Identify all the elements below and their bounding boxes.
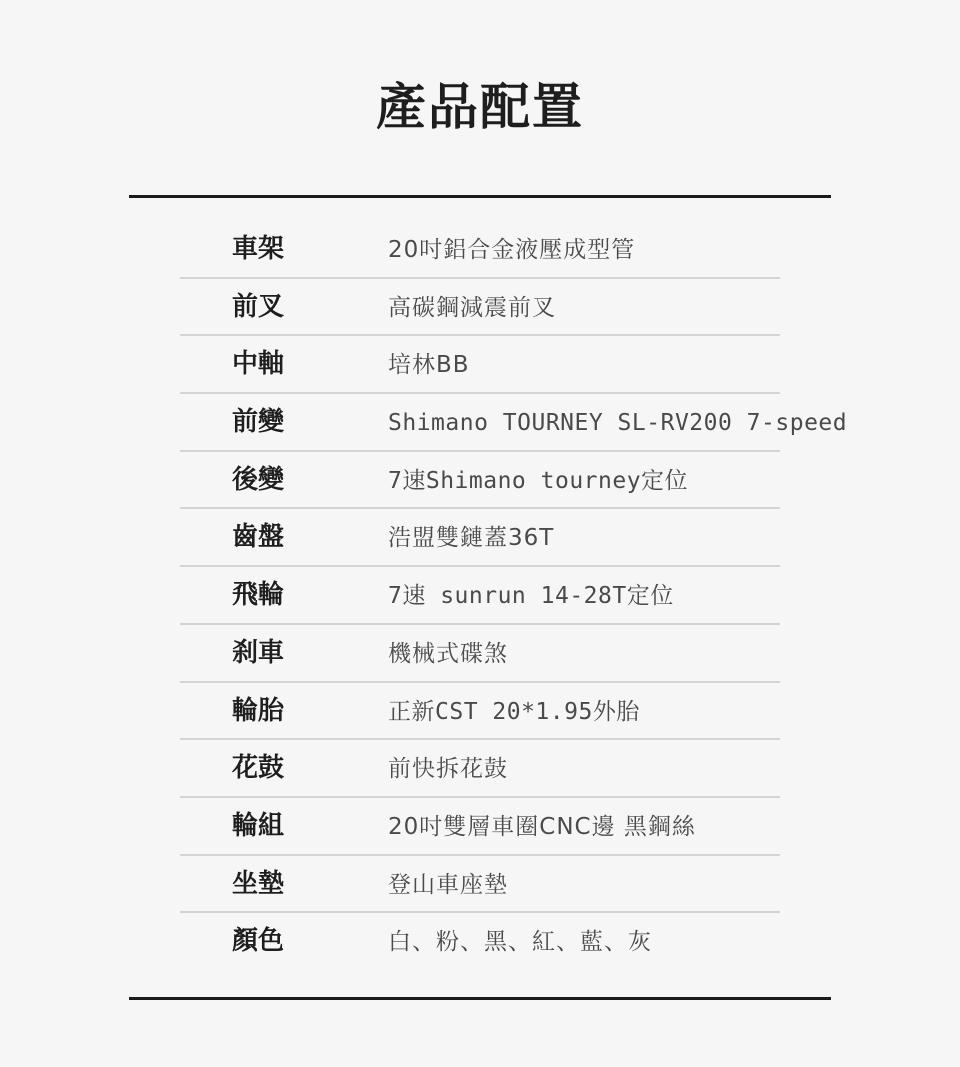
spec-table: 車架 20吋鋁合金液壓成型管 前叉 高碳鋼減震前叉 中軸 培林BB 前變 Shi…: [180, 221, 780, 971]
spec-label: 輪組: [232, 810, 284, 842]
bottom-divider: [129, 997, 831, 1000]
spec-row-hub: 花鼓 前快拆花鼓: [180, 740, 780, 798]
spec-label: 車架: [232, 233, 284, 265]
spec-label: 前變: [232, 406, 284, 438]
spec-row-saddle: 坐墊 登山車座墊: [180, 856, 780, 914]
spec-value: 20吋鋁合金液壓成型管: [388, 235, 635, 265]
spec-row-wheelset: 輪組 20吋雙層車圈CNC邊 黑鋼絲: [180, 798, 780, 856]
spec-value: 登山車座墊: [388, 870, 508, 900]
spec-label: 輪胎: [232, 695, 284, 727]
spec-row-bottom-bracket: 中軸 培林BB: [180, 336, 780, 394]
spec-label: 後變: [232, 464, 284, 496]
top-divider: [129, 195, 831, 198]
spec-row-brake: 刹車 機械式碟煞: [180, 625, 780, 683]
spec-value: 7速Shimano tourney定位: [388, 466, 688, 496]
spec-value: 前快拆花鼓: [388, 754, 508, 784]
spec-value: Shimano TOURNEY SL-RV200 7-speed: [388, 408, 847, 438]
spec-row-front-derailleur: 前變 Shimano TOURNEY SL-RV200 7-speed: [180, 394, 780, 452]
spec-label: 飛輪: [232, 579, 284, 611]
spec-row-freewheel: 飛輪 7速 sunrun 14-28T定位: [180, 567, 780, 625]
spec-row-color: 顏色 白、粉、黑、紅、藍、灰: [180, 913, 780, 971]
spec-value: 高碳鋼減震前叉: [388, 293, 556, 323]
spec-label: 花鼓: [232, 752, 284, 784]
spec-label: 中軸: [232, 348, 284, 380]
spec-value: 白、粉、黑、紅、藍、灰: [388, 927, 652, 957]
spec-row-fork: 前叉 高碳鋼減震前叉: [180, 279, 780, 337]
spec-value: 7速 sunrun 14-28T定位: [388, 581, 674, 611]
spec-value: 機械式碟煞: [388, 639, 508, 669]
spec-value: 浩盟雙鏈蓋36T: [388, 523, 554, 553]
spec-row-rear-derailleur: 後變 7速Shimano tourney定位: [180, 452, 780, 510]
spec-label: 坐墊: [232, 868, 284, 900]
spec-label: 齒盤: [232, 521, 284, 553]
spec-label: 刹車: [232, 637, 284, 669]
spec-row-frame: 車架 20吋鋁合金液壓成型管: [180, 221, 780, 279]
spec-row-tire: 輪胎 正新CST 20*1.95外胎: [180, 683, 780, 741]
spec-value: 正新CST 20*1.95外胎: [388, 697, 640, 727]
spec-row-chainring: 齒盤 浩盟雙鏈蓋36T: [180, 509, 780, 567]
page-title: 產品配置: [0, 74, 960, 140]
spec-label: 前叉: [232, 291, 284, 323]
spec-label: 顏色: [232, 925, 284, 957]
spec-value: 20吋雙層車圈CNC邊 黑鋼絲: [388, 812, 696, 842]
spec-value: 培林BB: [388, 350, 470, 380]
